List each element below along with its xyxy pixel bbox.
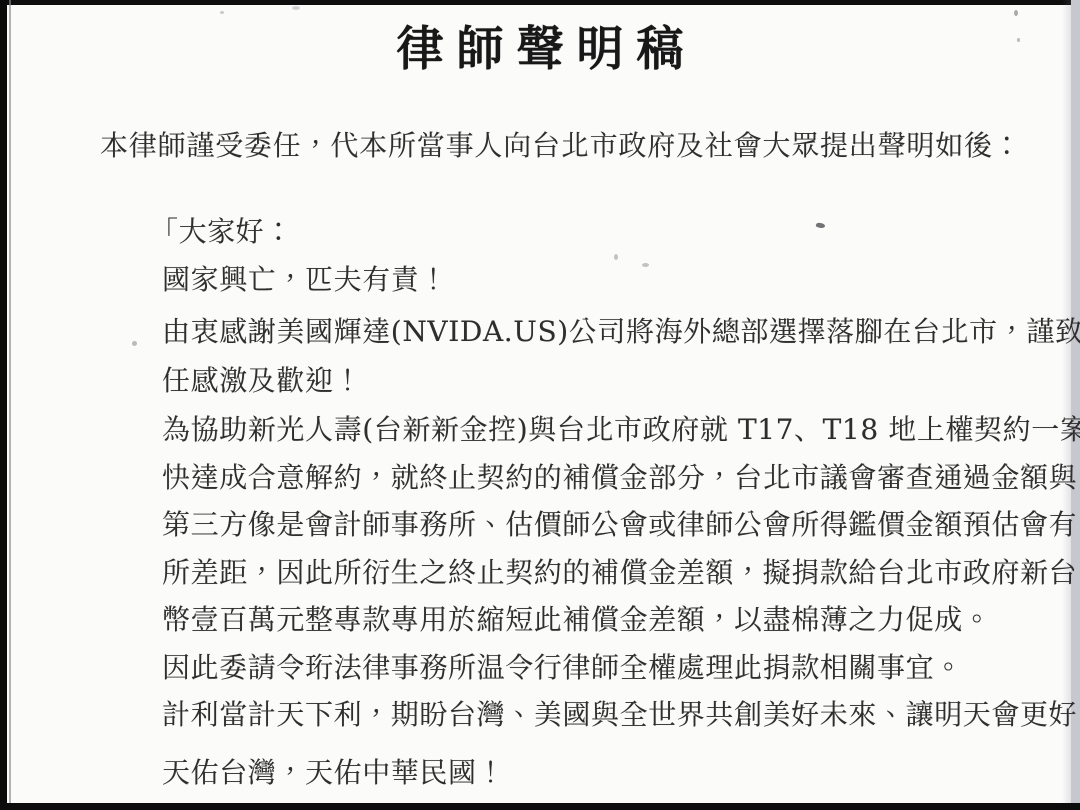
statement-line: 因此委請令珩法律事務所温令行律師全權處理此捐款相關事宜。 [162, 646, 963, 686]
statement-line: 幣壹百萬元整專款專用於縮短此補償金差額，以盡棉薄之力促成。 [162, 598, 991, 638]
scan-edge-top [0, 0, 1080, 5]
scan-edge-right [1071, 0, 1080, 810]
scan-speck [220, 11, 224, 14]
statement-line: 「大家好： [150, 210, 293, 250]
scan-speck [815, 222, 825, 230]
statement-line: 由衷感謝美國輝達(NVIDA.US)公司將海外總部選擇落腳在台北市，謹致無 [162, 310, 1080, 350]
scan-edge-left-line [9, 0, 11, 810]
scan-speck [614, 254, 618, 260]
statement-line: 為協助新光人壽(台新新金控)與台北市政府就 T17、T18 地上權契約一案盡 [162, 408, 1080, 448]
statement-line: 天佑台灣，天佑中華民國！ [162, 751, 505, 791]
scan-speck [292, 6, 300, 10]
document-title: 律師聲明稿 [0, 12, 1080, 79]
statement-line: 國家興亡，匹夫有責！ [162, 258, 448, 298]
scan-speck [132, 341, 137, 346]
scan-edge-right-shadow [1062, 0, 1071, 810]
scanned-statement-page: 律師聲明稿 本律師謹受委任，代本所當事人向台北市政府及社會大眾提出聲明如後： 「… [0, 0, 1080, 810]
statement-line: 計利當計天下利，期盼台灣、美國與全世界共創美好未來、讓明天會更好！ [162, 693, 1080, 733]
statement-line: 所差距，因此所衍生之終止契約的補償金差額，擬捐款給台北市政府新台 [162, 551, 1077, 591]
intro-paragraph: 本律師謹受委任，代本所當事人向台北市政府及社會大眾提出聲明如後： [100, 124, 1050, 164]
scan-speck [1014, 10, 1018, 16]
scan-speck [1017, 38, 1020, 42]
statement-line: 任感激及歡迎！ [162, 359, 362, 399]
statement-line: 快達成合意解約，就終止契約的補償金部分，台北市議會審查通過金額與 [162, 456, 1077, 496]
scan-edge-bottom [0, 803, 1080, 810]
scan-edge-left [0, 0, 7, 810]
scan-speck [642, 263, 649, 267]
statement-line: 第三方像是會計師事務所、估價師公會或律師公會所得鑑價金額預估會有 [162, 503, 1077, 543]
